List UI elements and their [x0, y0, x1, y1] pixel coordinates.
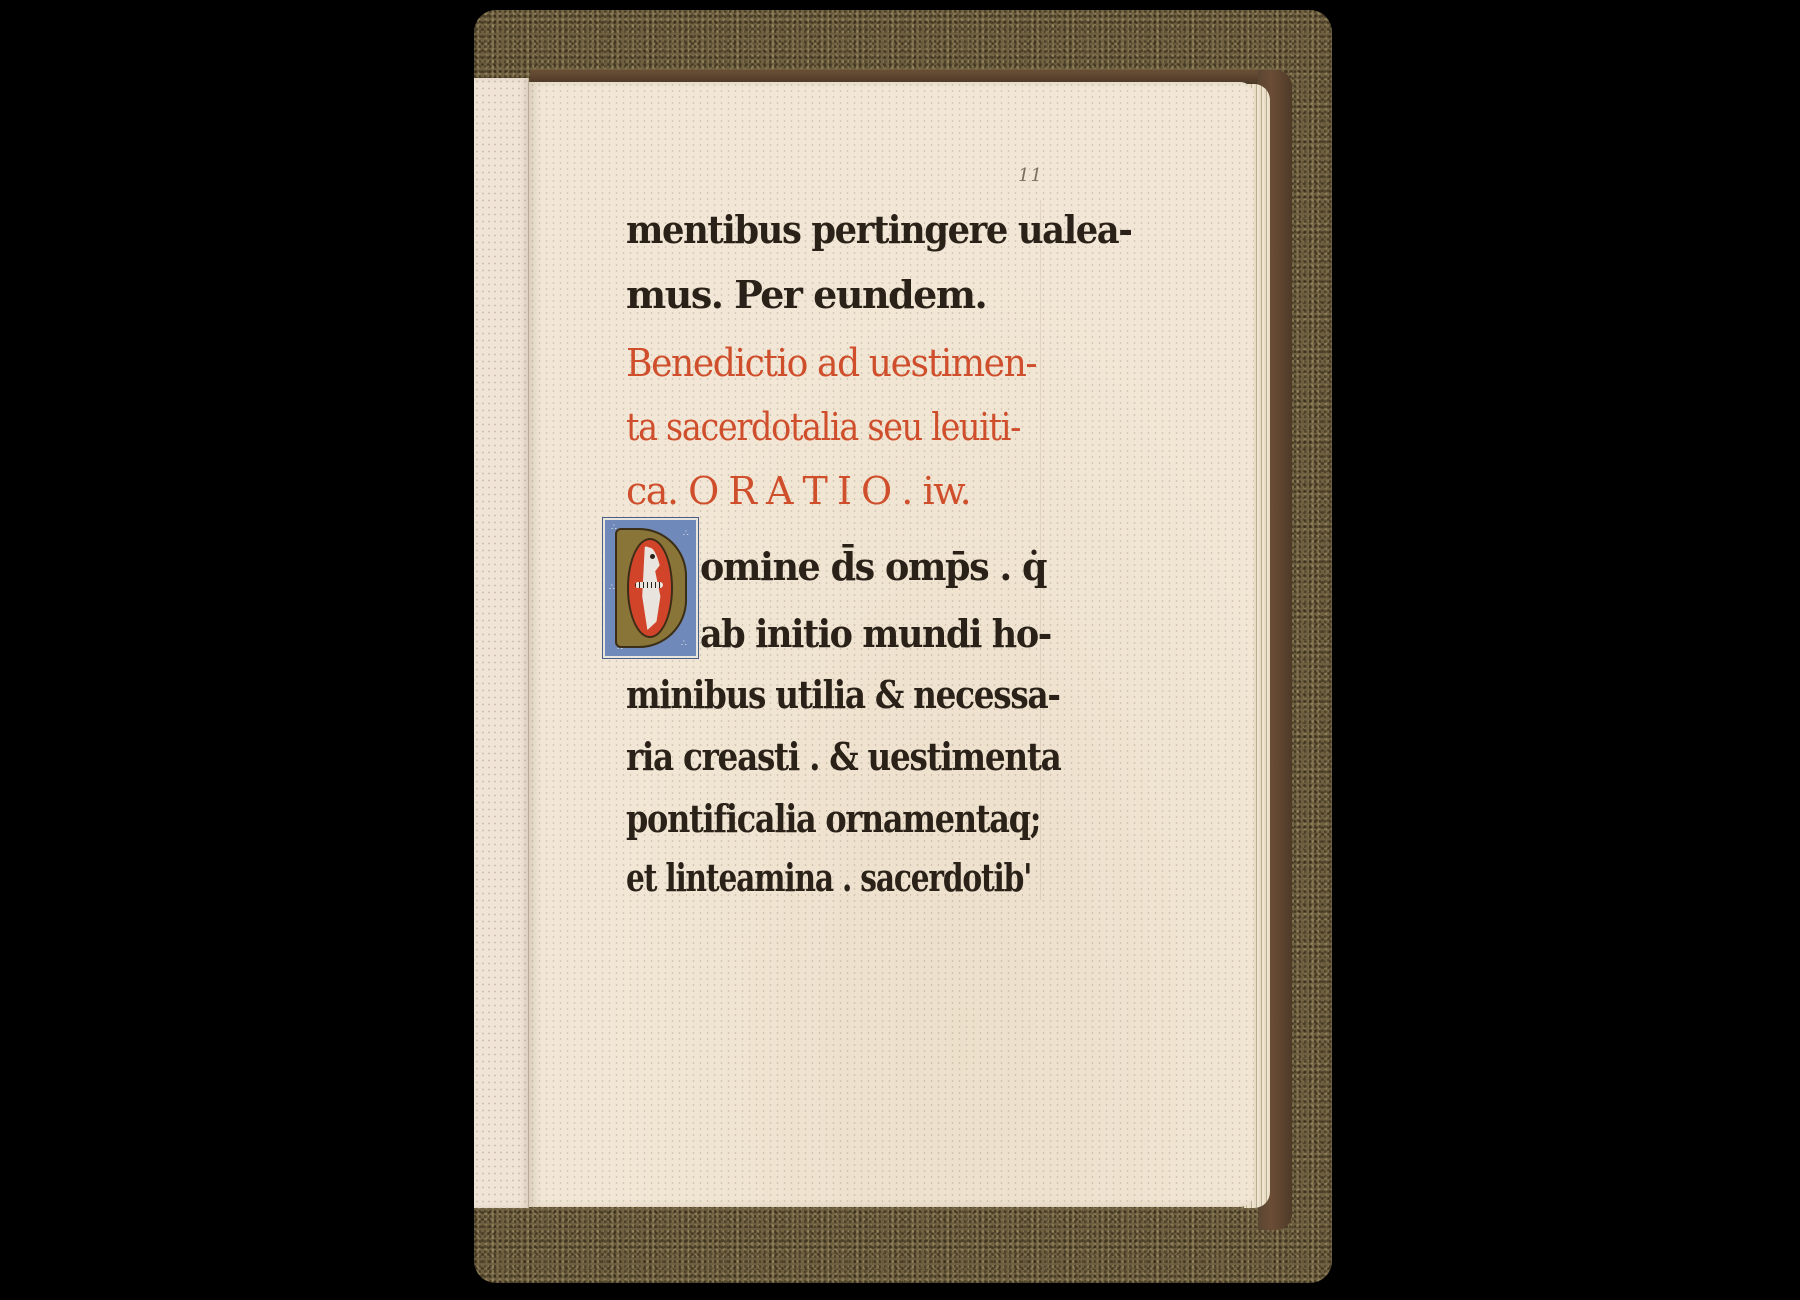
decoration-dots: ∴	[681, 640, 687, 649]
rubric-line: ca. O R A T I O . iw.	[626, 461, 970, 521]
eagle-eye-icon	[650, 554, 655, 559]
folio-number: 11	[1018, 165, 1043, 186]
text-line: omine d̄s omp̄s . q̇	[700, 537, 1046, 597]
text-line: ab initio mundi ho-	[700, 604, 1051, 664]
flyleaf	[474, 78, 529, 1208]
decoration-dots: ∴	[683, 530, 689, 539]
rubric-line: ta sacerdotalia seu leuiti-	[626, 397, 1020, 457]
text-line: mus. Per eundem.	[626, 265, 986, 325]
decoration-dots: ∴	[609, 584, 615, 593]
illuminated-initial-d: ∴ ∴ ∴ ∴ ∴	[603, 518, 698, 658]
eagle-band-icon	[635, 582, 663, 588]
text-line: mentibus pertingere ualea-	[626, 200, 1132, 260]
text-line: et linteamina . sacerdotib'	[626, 848, 1031, 908]
text-line: ria creasti . & uestimenta	[626, 727, 1061, 787]
rubric-line: Benedictio ad uestimen-	[626, 333, 1036, 393]
text-line: minibus utilia & necessa-	[626, 665, 1060, 725]
text-line: pontificalia ornamentaq;	[626, 789, 1040, 849]
